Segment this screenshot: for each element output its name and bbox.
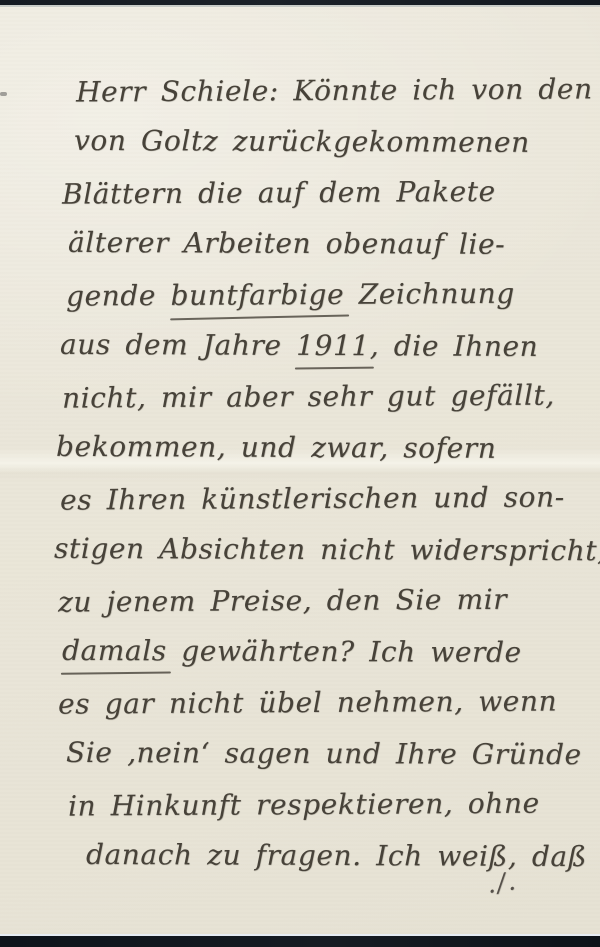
underlined-word: damals <box>62 625 167 676</box>
letter-text-segment: gewährten? Ich werde <box>167 634 522 669</box>
letter-text-segment: es gar nicht übel nehmen, wenn <box>58 685 557 721</box>
letter-text-segment: in Hinkunft respektieren, ohne <box>68 787 540 823</box>
letter-line: gende buntfarbige Zeichnung <box>66 267 580 321</box>
letter-line: zu jenem Preise, den Sie mir <box>58 573 580 627</box>
letter-text-segment: Blättern die auf dem Pakete <box>62 175 496 211</box>
scan-edge-bottom <box>0 936 600 947</box>
underlined-word: buntfarbige <box>170 269 344 321</box>
letter-line: bekommen, und zwar, sofern <box>56 421 580 474</box>
letter-text-segment: stigen Absichten nicht widerspricht, <box>54 532 600 567</box>
letter-line: nicht, mir aber sehr gut gefällt, <box>62 369 580 423</box>
letter-text-segment: von Goltz zurückgekommenen <box>74 124 530 159</box>
letter-text-segment: , die Ihnen <box>370 329 539 363</box>
letter-line: es gar nicht übel nehmen, wenn <box>58 675 580 729</box>
continuation-mark: ./. <box>485 866 519 899</box>
letter-line: Sie ‚nein‘ sagen und Ihre Gründe <box>66 727 580 780</box>
letter-text-segment: nicht, mir aber sehr gut gefällt, <box>62 379 555 415</box>
underlined-word: 1911 <box>296 320 370 371</box>
letter-line: von Goltz zurückgekommenen <box>74 115 580 168</box>
letter-line: es Ihren künstlerischen und son- <box>60 471 580 525</box>
letter-text-segment: Zeichnung <box>344 277 515 311</box>
letter-text-segment: Herr Schiele: Könnte ich von den <box>76 72 593 108</box>
letter-text-segment: es Ihren künstlerischen und son- <box>60 481 565 517</box>
letter-text-segment: älterer Arbeiten obenauf lie- <box>68 226 505 261</box>
letter-line: damals gewährten? Ich werde <box>62 625 580 678</box>
letter-text-segment: bekommen, und zwar, sofern <box>56 430 497 465</box>
letter-line: aus dem Jahre 1911, die Ihnen <box>60 319 580 372</box>
letter-body: Herr Schiele: Könnte ich von denvon Golt… <box>0 7 600 881</box>
letter-text-segment: zu jenem Preise, den Sie mir <box>58 583 507 619</box>
scan-edge-top <box>0 0 600 7</box>
letter-line: Blättern die auf dem Pakete <box>62 165 580 219</box>
letter-line: in Hinkunft respektieren, ohne <box>68 777 580 831</box>
letter-scan: Herr Schiele: Könnte ich von denvon Golt… <box>0 0 600 947</box>
letter-line: älterer Arbeiten obenauf lie- <box>68 217 580 270</box>
letter-line: stigen Absichten nicht widerspricht, <box>54 523 580 576</box>
letter-line: Herr Schiele: Könnte ich von den <box>76 63 580 117</box>
letter-text-segment: aus dem Jahre <box>60 328 296 362</box>
letter-text-segment: Sie ‚nein‘ sagen und Ihre Gründe <box>66 736 582 771</box>
letter-text-segment: gende <box>66 279 171 313</box>
